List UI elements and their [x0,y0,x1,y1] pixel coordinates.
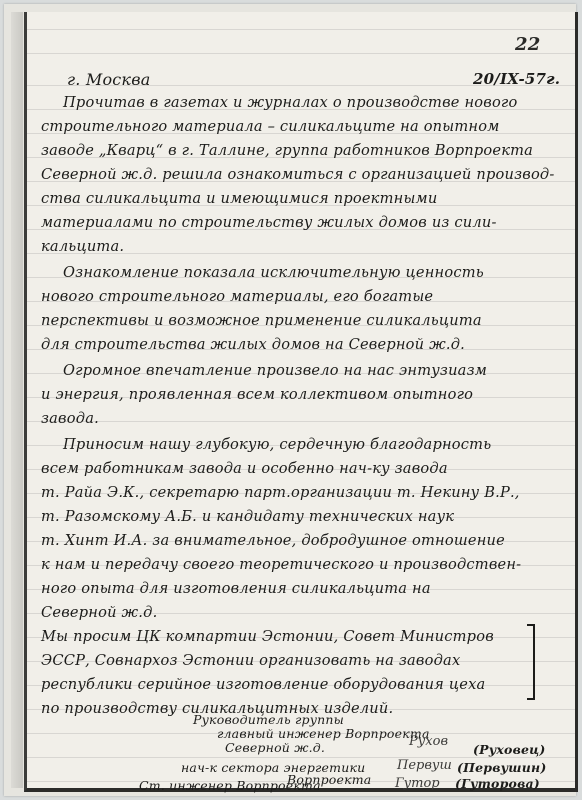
body-line: материалами по строительству жилых домов… [41,214,497,231]
body-line: ЭССР, Совнархоз Эстонии организовать на … [41,652,460,669]
scanned-photo: 22 г. Москва 20/IX-57г. Прочитав в газет… [4,4,576,796]
page-number: 22 [515,34,540,55]
body-line: ства силикальцита и имеющимися проектным… [41,190,437,207]
body-line: республики серийное изготовление оборудо… [41,676,485,693]
letter-date: 20/IX-57г. [473,70,560,88]
body-line: Мы просим ЦК компартии Эстонии, Совет Ми… [41,628,494,645]
signer-title: Ст. инженер Ворпроекта [139,778,321,793]
body-line: завода. [41,410,99,427]
signature-group-title: Руководитель группы [193,712,344,727]
body-line: строительного материала – силикальците н… [41,118,500,135]
signature-scrawl: Рухов [409,734,448,749]
body-line: Ознакомление показала исключительную цен… [63,264,484,281]
body-line: Северной ж.д. решила ознакомиться с орга… [41,166,555,183]
body-line: к нам и передачу своего теоретического и… [41,556,521,573]
body-line: т. Разомскому А.Б. и кандидату техническ… [41,508,454,525]
body-line: и энергия, проявленная всем коллективом … [41,386,473,403]
margin-bracket [527,624,535,700]
body-line: заводе „Кварц“ в г. Таллине, группа рабо… [41,142,533,159]
body-line: Огромное впечатление произвело на нас эн… [63,362,487,379]
body-line: ного опыта для изготовления силикальцита… [41,580,431,597]
body-line: Северной ж.д. [41,604,157,621]
signature-scrawl: Гутор [395,776,440,791]
body-line: Прочитав в газетах и журналах о производ… [63,94,518,111]
body-line: Приносим нашу глубокую, сердечную благод… [63,436,491,453]
body-line: перспективы и возможное применение силик… [41,312,482,329]
signature-scrawl: Первуш [397,758,452,773]
signer-title: главный инженер Ворпроекта [217,726,430,741]
body-line: всем работникам завода и особенно нач-ку… [41,460,448,477]
body-line: нового строительного материалы, его бога… [41,288,433,305]
body-line: т. Хинт И.А. за внимательное, добродушно… [41,532,505,549]
signer-name: (Гуторова) [455,776,540,791]
body-line: т. Райа Э.К., секретарю парт.организации… [41,484,520,501]
signer-name: (Первушин) [457,760,546,775]
letter-sheet: 22 г. Москва 20/IX-57г. Прочитав в газет… [24,12,578,792]
body-line: кальцита. [41,238,124,255]
body-line: для строительства жилых домов на Северно… [41,336,465,353]
paper-edge [11,12,23,788]
city-heading: г. Москва [67,70,150,89]
signer-title: Северной ж.д. [225,740,325,755]
signer-name: (Руховец) [473,742,546,757]
